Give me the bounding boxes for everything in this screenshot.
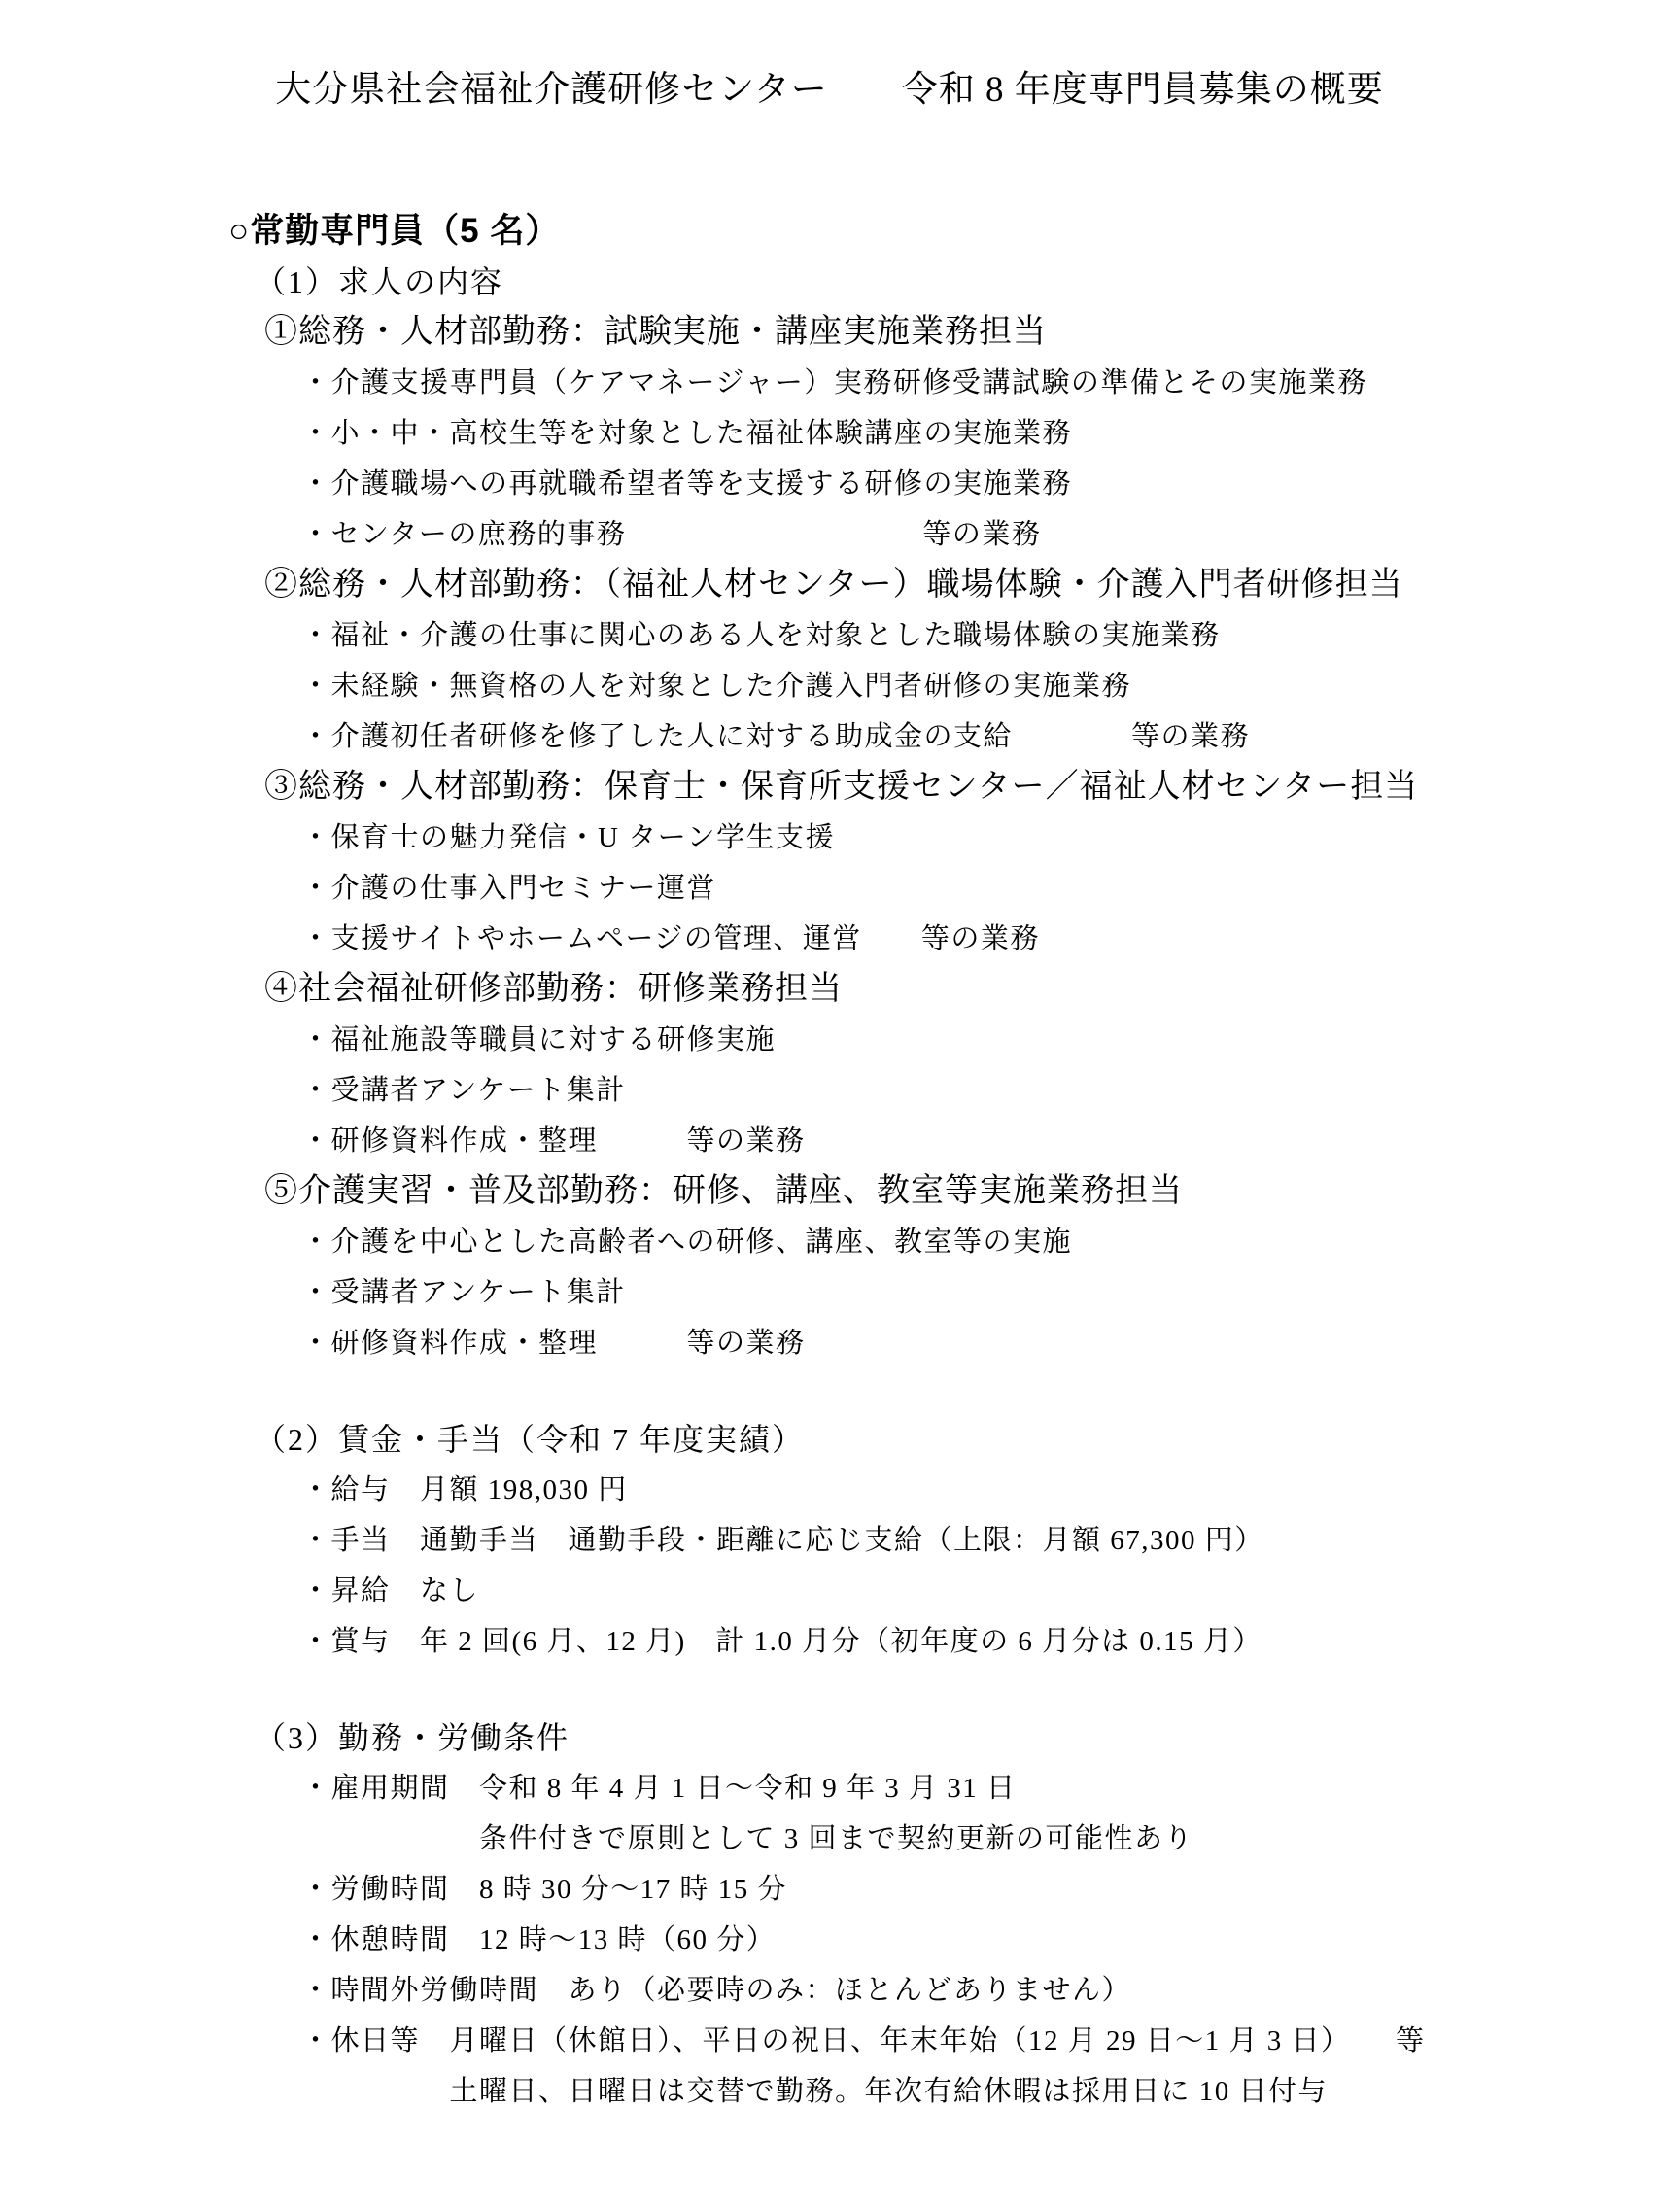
bullet-item: ・福祉施設等職員に対する研修実施 — [301, 1015, 1659, 1065]
bullet-item: ・給与 月額 198,030 円 — [301, 1465, 1659, 1515]
section-2-heading: （2）賃金・手当（令和 7 年度実績） — [255, 1414, 1659, 1465]
bullet-item: ・未経験・無資格の人を対象とした介護入門者研修の実施業務 — [301, 661, 1659, 711]
section-3-heading: （3）勤務・労働条件 — [255, 1712, 1659, 1763]
bullet-item: ・介護初任者研修を修了した人に対する助成金の支給 等の業務 — [301, 711, 1659, 762]
bullet-item: ・労働時間 8 時 30 分～17 時 15 分 — [301, 1864, 1659, 1915]
bullet-item: ・受講者アンケート集計 — [301, 1267, 1659, 1318]
bullet-item: ・雇用期間 令和 8 年 4 月 1 日～令和 9 年 3 月 31 日 — [301, 1763, 1659, 1814]
bullet-item: ・支援サイトやホームページの管理、運営 等の業務 — [301, 914, 1659, 964]
document-title: 大分県社会福祉介護研修センター 令和 8 年度専門員募集の概要 — [0, 0, 1659, 121]
bullet-item: ・介護を中心とした高齢者への研修、講座、教室等の実施 — [301, 1217, 1659, 1267]
bullet-item-continuation: 条件付きで原則として 3 回まで契約更新の可能性あり — [301, 1814, 1659, 1864]
section-1-heading: （1）求人の内容 — [255, 257, 1659, 307]
main-heading: ○常勤専門員（5 名） — [228, 206, 1659, 257]
bullet-item: ・時間外労働時間 あり（必要時のみ：ほとんどありません） — [301, 1965, 1659, 2016]
bullet-item: ・賞与 年 2 回(6 月、12 月) 計 1.0 月分（初年度の 6 月分は … — [301, 1616, 1659, 1667]
group-1-heading: ①総務・人材部勤務：試験実施・講座実施業務担当 — [264, 307, 1659, 358]
group-5-heading: ⑤介護実習・普及部勤務：研修、講座、教室等実施業務担当 — [264, 1166, 1659, 1217]
bullet-item: ・受講者アンケート集計 — [301, 1065, 1659, 1116]
bullet-item: ・休日等 月曜日（休館日）、平日の祝日、年末年始（12 月 29 日～1 月 3… — [301, 2016, 1659, 2066]
bullet-item: ・介護職場への再就職希望者等を支援する研修の実施業務 — [301, 459, 1659, 509]
bullet-item: ・センターの庶務的事務 等の業務 — [301, 509, 1659, 560]
bullet-item: ・研修資料作成・整理 等の業務 — [301, 1318, 1659, 1368]
bullet-item-continuation: 土曜日、日曜日は交替で勤務。年次有給休暇は採用日に 10 日付与 — [301, 2066, 1659, 2117]
bullet-item: ・小・中・高校生等を対象とした福祉体験講座の実施業務 — [301, 408, 1659, 459]
bullet-item: ・福祉・介護の仕事に関心のある人を対象とした職場体験の実施業務 — [301, 610, 1659, 661]
group-2-heading: ②総務・人材部勤務：（福祉人材センター）職場体験・介護入門者研修担当 — [264, 560, 1659, 610]
spacer — [0, 1368, 1659, 1414]
document-page: 大分県社会福祉介護研修センター 令和 8 年度専門員募集の概要 ○常勤専門員（5… — [0, 0, 1659, 2212]
bullet-item: ・休憩時間 12 時～13 時（60 分） — [301, 1915, 1659, 1965]
group-4-heading: ④社会福祉研修部勤務：研修業務担当 — [264, 964, 1659, 1015]
group-3-heading: ③総務・人材部勤務：保育士・保育所支援センター／福祉人材センター担当 — [264, 762, 1659, 812]
bullet-item: ・介護支援専門員（ケアマネージャー）実務研修受講試験の準備とその実施業務 — [301, 358, 1659, 408]
bullet-item: ・手当 通勤手当 通勤手段・距離に応じ支給（上限：月額 67,300 円） — [301, 1515, 1659, 1566]
spacer — [0, 1667, 1659, 1712]
bullet-item: ・保育士の魅力発信・U ターン学生支援 — [301, 812, 1659, 863]
bullet-item: ・介護の仕事入門セミナー運営 — [301, 863, 1659, 914]
bullet-item: ・研修資料作成・整理 等の業務 — [301, 1116, 1659, 1166]
bullet-item: ・昇給 なし — [301, 1566, 1659, 1616]
